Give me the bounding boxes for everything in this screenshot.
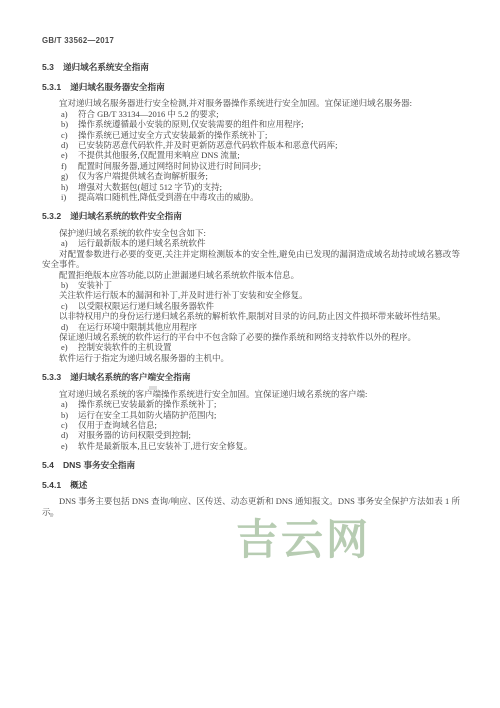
list-item-f: f)配置时间服务器,通过网络时间协议进行时间同步; xyxy=(42,161,460,171)
list-item-b: b)运行在安全工具如防火墙防护范围内; xyxy=(42,410,460,420)
section-5-3-heading: 5.3递归域名系统安全指南 xyxy=(42,62,460,73)
item-label: c) xyxy=(61,130,78,140)
item-label: c) xyxy=(61,301,78,311)
item-text: 运行在安全工具如防火墙防护范围内; xyxy=(78,410,216,420)
item-label: e) xyxy=(61,441,78,451)
item-label: b) xyxy=(61,410,78,420)
item-label: c) xyxy=(61,420,78,430)
item-text: 仅用于查询域名信息; xyxy=(78,420,157,430)
item-text: 安装补丁 xyxy=(78,280,112,290)
section-title: 递归域名服务器安全指南 xyxy=(70,82,165,92)
list-item-d: d)已安装防恶意代码软件,并及时更新防恶意代码软件版本和恶意代码库; xyxy=(42,140,460,150)
section-5-3-2-heading: 5.3.2递归域名系统的软件安全指南 xyxy=(42,211,460,222)
list-item-b: b)操作系统遵循最小安装的原则,仅安装需要的组件和应用程序; xyxy=(42,119,460,129)
list-item-i: i)提高端口随机性,降低受到潜在中毒攻击的威胁。 xyxy=(42,192,460,202)
section-5-4-1-heading: 5.4.1概述 xyxy=(42,480,460,491)
list-item-a: a)符合 GB/T 33134—2016 中 5.2 的要求; xyxy=(42,109,460,119)
list-item-c: c)以受限权限运行递归域名服务器软件 xyxy=(42,301,460,311)
clause-intro: DNS 事务主要包括 DNS 查询/响应、区传送、动态更新和 DNS 通知报文。… xyxy=(42,496,460,517)
paragraph: 对配置参数进行必要的变更,关注并定期检测版本的安全性,避免由已发现的漏洞造成域名… xyxy=(42,249,460,270)
item-text: 控制安装软件的主机设置 xyxy=(78,342,172,352)
list-item-b: b)安装补丁 xyxy=(42,280,460,290)
item-label: a) xyxy=(61,238,78,248)
list-item-d: d)在运行环境中限制其他应用程序 xyxy=(42,322,460,332)
section-number: 5.3.1 xyxy=(42,82,61,93)
item-text: 操作系统遵循最小安装的原则,仅安装需要的组件和应用程序; xyxy=(78,119,304,129)
item-label: d) xyxy=(61,140,78,150)
item-text: 配置时间服务器,通过网络时间协议进行时间同步; xyxy=(78,161,261,171)
document-page: GB/T 33562—2017 5.3递归域名系统安全指南 5.3.1递归域名服… xyxy=(0,0,500,708)
item-text: 已安装防恶意代码软件,并及时更新防恶意代码软件版本和恶意代码库; xyxy=(78,140,338,150)
item-label: d) xyxy=(61,430,78,440)
paragraph: 配置拒绝版本应答功能,以防止泄漏递归域名系统软件版本信息。 xyxy=(42,270,460,280)
clause-intro: 保护递归域名系统的软件安全包含如下: xyxy=(42,228,460,238)
item-label: h) xyxy=(61,182,78,192)
section-title: 递归域名系统的软件安全指南 xyxy=(70,211,182,221)
paragraph: 以非特权用户的身份运行递归域名系统的解析软件,限制对目录的访问,防止因文件损坏带… xyxy=(42,311,460,321)
item-label: d) xyxy=(61,322,78,332)
item-label: g) xyxy=(61,171,78,181)
paragraph: 软件运行于指定为递归域名服务器的主机中。 xyxy=(42,353,460,363)
list-item-e: e)控制安装软件的主机设置 xyxy=(42,342,460,352)
list-item-h: h)增强对大数据包(超过 512 字节)的支持; xyxy=(42,182,460,192)
item-label: e) xyxy=(61,342,78,352)
section-number: 5.4 xyxy=(42,460,54,471)
page-body: GB/T 33562—2017 5.3递归域名系统安全指南 5.3.1递归域名服… xyxy=(0,0,500,517)
item-text: 提高端口随机性,降低受到潜在中毒攻击的威胁。 xyxy=(78,192,259,202)
list-item-e: e)不提供其他服务,仅配置用来响应 DNS 流量; xyxy=(42,150,460,160)
item-text: 以受限权限运行递归域名服务器软件 xyxy=(78,301,214,311)
section-5-3-1-heading: 5.3.1递归域名服务器安全指南 xyxy=(42,82,460,93)
scan-artifact xyxy=(149,386,157,390)
section-5-4-heading: 5.4DNS 事务安全指南 xyxy=(42,460,460,471)
section-title: 概述 xyxy=(70,480,87,490)
list-item-a: a)运行最新版本的递归域名系统软件 xyxy=(42,238,460,248)
list-item-c: c)仅用于查询域名信息; xyxy=(42,420,460,430)
item-text: 软件是最新版本,且已安装补丁,进行安全修复。 xyxy=(78,441,252,451)
scan-artifact xyxy=(50,513,53,517)
section-number: 5.3.2 xyxy=(42,211,61,222)
list-item-d: d)对服务器的访问权限受到控制; xyxy=(42,430,460,440)
section-5-3-3-heading: 5.3.3递归域名系统的客户端安全指南 xyxy=(42,372,460,383)
watermark-text: 吉云网 xyxy=(236,518,371,562)
section-number: 5.4.1 xyxy=(42,480,61,491)
doc-number: GB/T 33562—2017 xyxy=(42,36,460,46)
item-label: b) xyxy=(61,119,78,129)
clause-intro: 宜对递归域名系统的客户端操作系统进行安全加固。宜保证递归域名系统的客户端: xyxy=(42,389,460,399)
paragraph: 保证递归域名系统的软件运行的平台中不包含除了必要的操作系统和网络支持软件以外的程… xyxy=(42,332,460,342)
item-label: b) xyxy=(61,280,78,290)
item-text: 不提供其他服务,仅配置用来响应 DNS 流量; xyxy=(78,150,240,160)
item-text: 增强对大数据包(超过 512 字节)的支持; xyxy=(78,182,222,192)
section-number: 5.3.3 xyxy=(42,372,61,383)
item-text: 操作系统已安装最新的操作系统补丁; xyxy=(78,399,216,409)
item-text: 符合 GB/T 33134—2016 中 5.2 的要求; xyxy=(78,109,219,119)
list-item-a: a)操作系统已安装最新的操作系统补丁; xyxy=(42,399,460,409)
clause-intro: 宜对递归域名服务器进行安全检测,并对服务器操作系统进行安全加固。宜保证递归域名服… xyxy=(42,98,460,108)
list-item-e: e)软件是最新版本,且已安装补丁,进行安全修复。 xyxy=(42,441,460,451)
section-title: 递归域名系统的客户端安全指南 xyxy=(70,372,190,382)
list-item-c: c)操作系统已通过安全方式安装最新的操作系统补丁; xyxy=(42,130,460,140)
item-text: 在运行环境中限制其他应用程序 xyxy=(78,322,197,332)
item-label: a) xyxy=(61,109,78,119)
section-title: DNS 事务安全指南 xyxy=(63,460,135,470)
item-label: a) xyxy=(61,399,78,409)
item-label: f) xyxy=(61,161,78,171)
item-text: 运行最新版本的递归域名系统软件 xyxy=(78,238,206,248)
item-text: 对服务器的访问权限受到控制; xyxy=(78,430,191,440)
section-title: 递归域名系统安全指南 xyxy=(63,62,149,72)
item-label: i) xyxy=(61,192,78,202)
item-text: 仅为客户端提供域名查询解析服务; xyxy=(78,171,208,181)
item-text: 操作系统已通过安全方式安装最新的操作系统补丁; xyxy=(78,130,267,140)
list-item-g: g)仅为客户端提供域名查询解析服务; xyxy=(42,171,460,181)
section-number: 5.3 xyxy=(42,62,54,73)
item-label: e) xyxy=(61,150,78,160)
paragraph: 关注软件运行版本的漏洞和补丁,并及时进行补丁安装和安全修复。 xyxy=(42,290,460,300)
